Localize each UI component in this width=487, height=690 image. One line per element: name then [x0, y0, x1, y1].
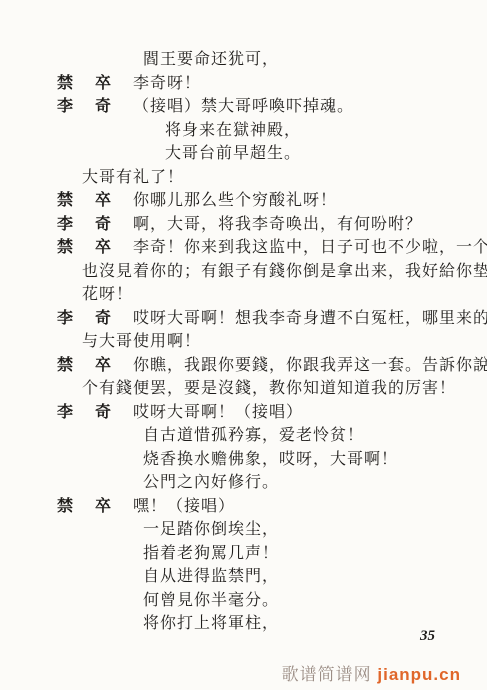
script-line: 公門之內好修行。 [0, 471, 487, 495]
watermark-site-url: jianpu.cn [377, 665, 461, 684]
script-line: 个有錢便罢，要是沒錢，教你知道知道我的厉害！ [0, 377, 487, 401]
line-text: 何曾見你半毫分。 [143, 592, 279, 609]
script-line: 禁卒嘿！（接唱） [0, 495, 487, 519]
line-text: （接唱）禁大哥呼喚吓掉魂。 [133, 98, 354, 115]
script-lines: 閻王要命还犹可，禁卒李奇呀！李奇（接唱）禁大哥呼喚吓掉魂。将身来在獄神殿，大哥台… [0, 0, 487, 636]
line-text: 个有錢便罢，要是沒錢，教你知道知道我的厉害！ [82, 380, 456, 397]
script-line: 与大哥使用啊！ [0, 330, 487, 354]
script-line: 禁卒李奇呀！ [0, 72, 487, 96]
line-text: 也沒見着你的；有銀子有錢你倒是拿出来，我好給你垫补着 [82, 263, 487, 280]
script-line: 将身来在獄神殿， [0, 119, 487, 143]
script-line: 自从进得监禁門， [0, 565, 487, 589]
speaker-name: 卒 [95, 236, 133, 260]
script-line: 禁卒李奇！你来到我这监中，日子可也不少啦，一个錢儿我 [0, 236, 487, 260]
script-line: 一足踏你倒埃尘， [0, 518, 487, 542]
line-text: 你瞧，我跟你要錢，你跟我弄这一套。告訴你說，今儿 [133, 357, 487, 374]
line-text: 李奇呀！ [133, 75, 201, 92]
script-line: 也沒見着你的；有銀子有錢你倒是拿出来，我好給你垫补着 [0, 260, 487, 284]
speaker-name: 李 [57, 307, 95, 331]
line-text: 指着老狗罵几声！ [143, 545, 279, 562]
speaker-name: 禁 [57, 495, 95, 519]
script-line: 禁卒你哪儿那么些个穷酸礼呀！ [0, 189, 487, 213]
line-text: 你哪儿那么些个穷酸礼呀！ [133, 192, 337, 209]
line-text: 烧香换水赡佛象，哎呀，大哥啊！ [143, 451, 398, 468]
script-line: 禁卒你瞧，我跟你要錢，你跟我弄这一套。告訴你說，今儿 [0, 354, 487, 378]
script-line: 大哥台前早超生。 [0, 142, 487, 166]
watermark-site-name: 歌谱简谱网 [282, 665, 372, 684]
line-text: 大哥有礼了！ [82, 169, 184, 186]
speaker-name: 卒 [95, 495, 133, 519]
speaker-name: 奇 [95, 401, 133, 425]
speaker-name: 禁 [57, 236, 95, 260]
speaker-name: 卒 [95, 72, 133, 96]
script-line: 李奇哎呀大哥啊！想我李奇身遭不白冤枉，哪里来的銀錢送 [0, 307, 487, 331]
speaker-name: 禁 [57, 354, 95, 378]
script-line: 自古道惜孤矜寡，爱老怜贫！ [0, 424, 487, 448]
line-text: 大哥台前早超生。 [165, 145, 301, 162]
speaker-name: 禁 [57, 189, 95, 213]
line-text: 閻王要命还犹可， [143, 51, 279, 68]
script-line: 李奇啊，大哥，将我李奇唤出，有何吩咐？ [0, 213, 487, 237]
script-line: 何曾見你半毫分。 [0, 589, 487, 613]
line-text: 哎呀大哥啊！（接唱） [133, 404, 303, 421]
line-text: 与大哥使用啊！ [82, 333, 201, 350]
script-line: 大哥有礼了！ [0, 166, 487, 190]
speaker-name: 卒 [95, 189, 133, 213]
speaker-name: 李 [57, 401, 95, 425]
speaker-name: 李 [57, 213, 95, 237]
line-text: 哎呀大哥啊！想我李奇身遭不白冤枉，哪里来的銀錢送 [133, 310, 487, 327]
speaker-name: 李 [57, 95, 95, 119]
line-text: 将你打上将軍柱， [143, 615, 279, 632]
speaker-name: 奇 [95, 213, 133, 237]
watermark: 歌谱简谱网 jianpu.cn [282, 660, 461, 685]
speaker-name: 禁 [57, 72, 95, 96]
line-text: 公門之內好修行。 [143, 474, 279, 491]
line-text: 一足踏你倒埃尘， [143, 521, 279, 538]
script-line: 将你打上将軍柱， [0, 612, 487, 636]
speaker-name: 奇 [95, 307, 133, 331]
line-text: 自古道惜孤矜寡，爱老怜贫！ [143, 427, 364, 444]
speaker-name: 卒 [95, 354, 133, 378]
line-text: 嘿！（接唱） [133, 498, 235, 515]
script-line: 指着老狗罵几声！ [0, 542, 487, 566]
page-number: 35 [420, 628, 435, 645]
line-text: 啊，大哥，将我李奇唤出，有何吩咐？ [133, 216, 422, 233]
scanned-script-page: 閻王要命还犹可，禁卒李奇呀！李奇（接唱）禁大哥呼喚吓掉魂。将身来在獄神殿，大哥台… [0, 0, 487, 690]
line-text: 自从进得监禁門， [143, 568, 279, 585]
line-text: 花呀！ [82, 286, 133, 303]
script-line: 李奇哎呀大哥啊！（接唱） [0, 401, 487, 425]
script-line: 閻王要命还犹可， [0, 48, 487, 72]
speaker-name: 奇 [95, 95, 133, 119]
script-line: 李奇（接唱）禁大哥呼喚吓掉魂。 [0, 95, 487, 119]
script-line: 花呀！ [0, 283, 487, 307]
line-text: 李奇！你来到我这监中，日子可也不少啦，一个錢儿我 [133, 239, 487, 256]
line-text: 将身来在獄神殿， [165, 122, 301, 139]
script-line: 烧香换水赡佛象，哎呀，大哥啊！ [0, 448, 487, 472]
